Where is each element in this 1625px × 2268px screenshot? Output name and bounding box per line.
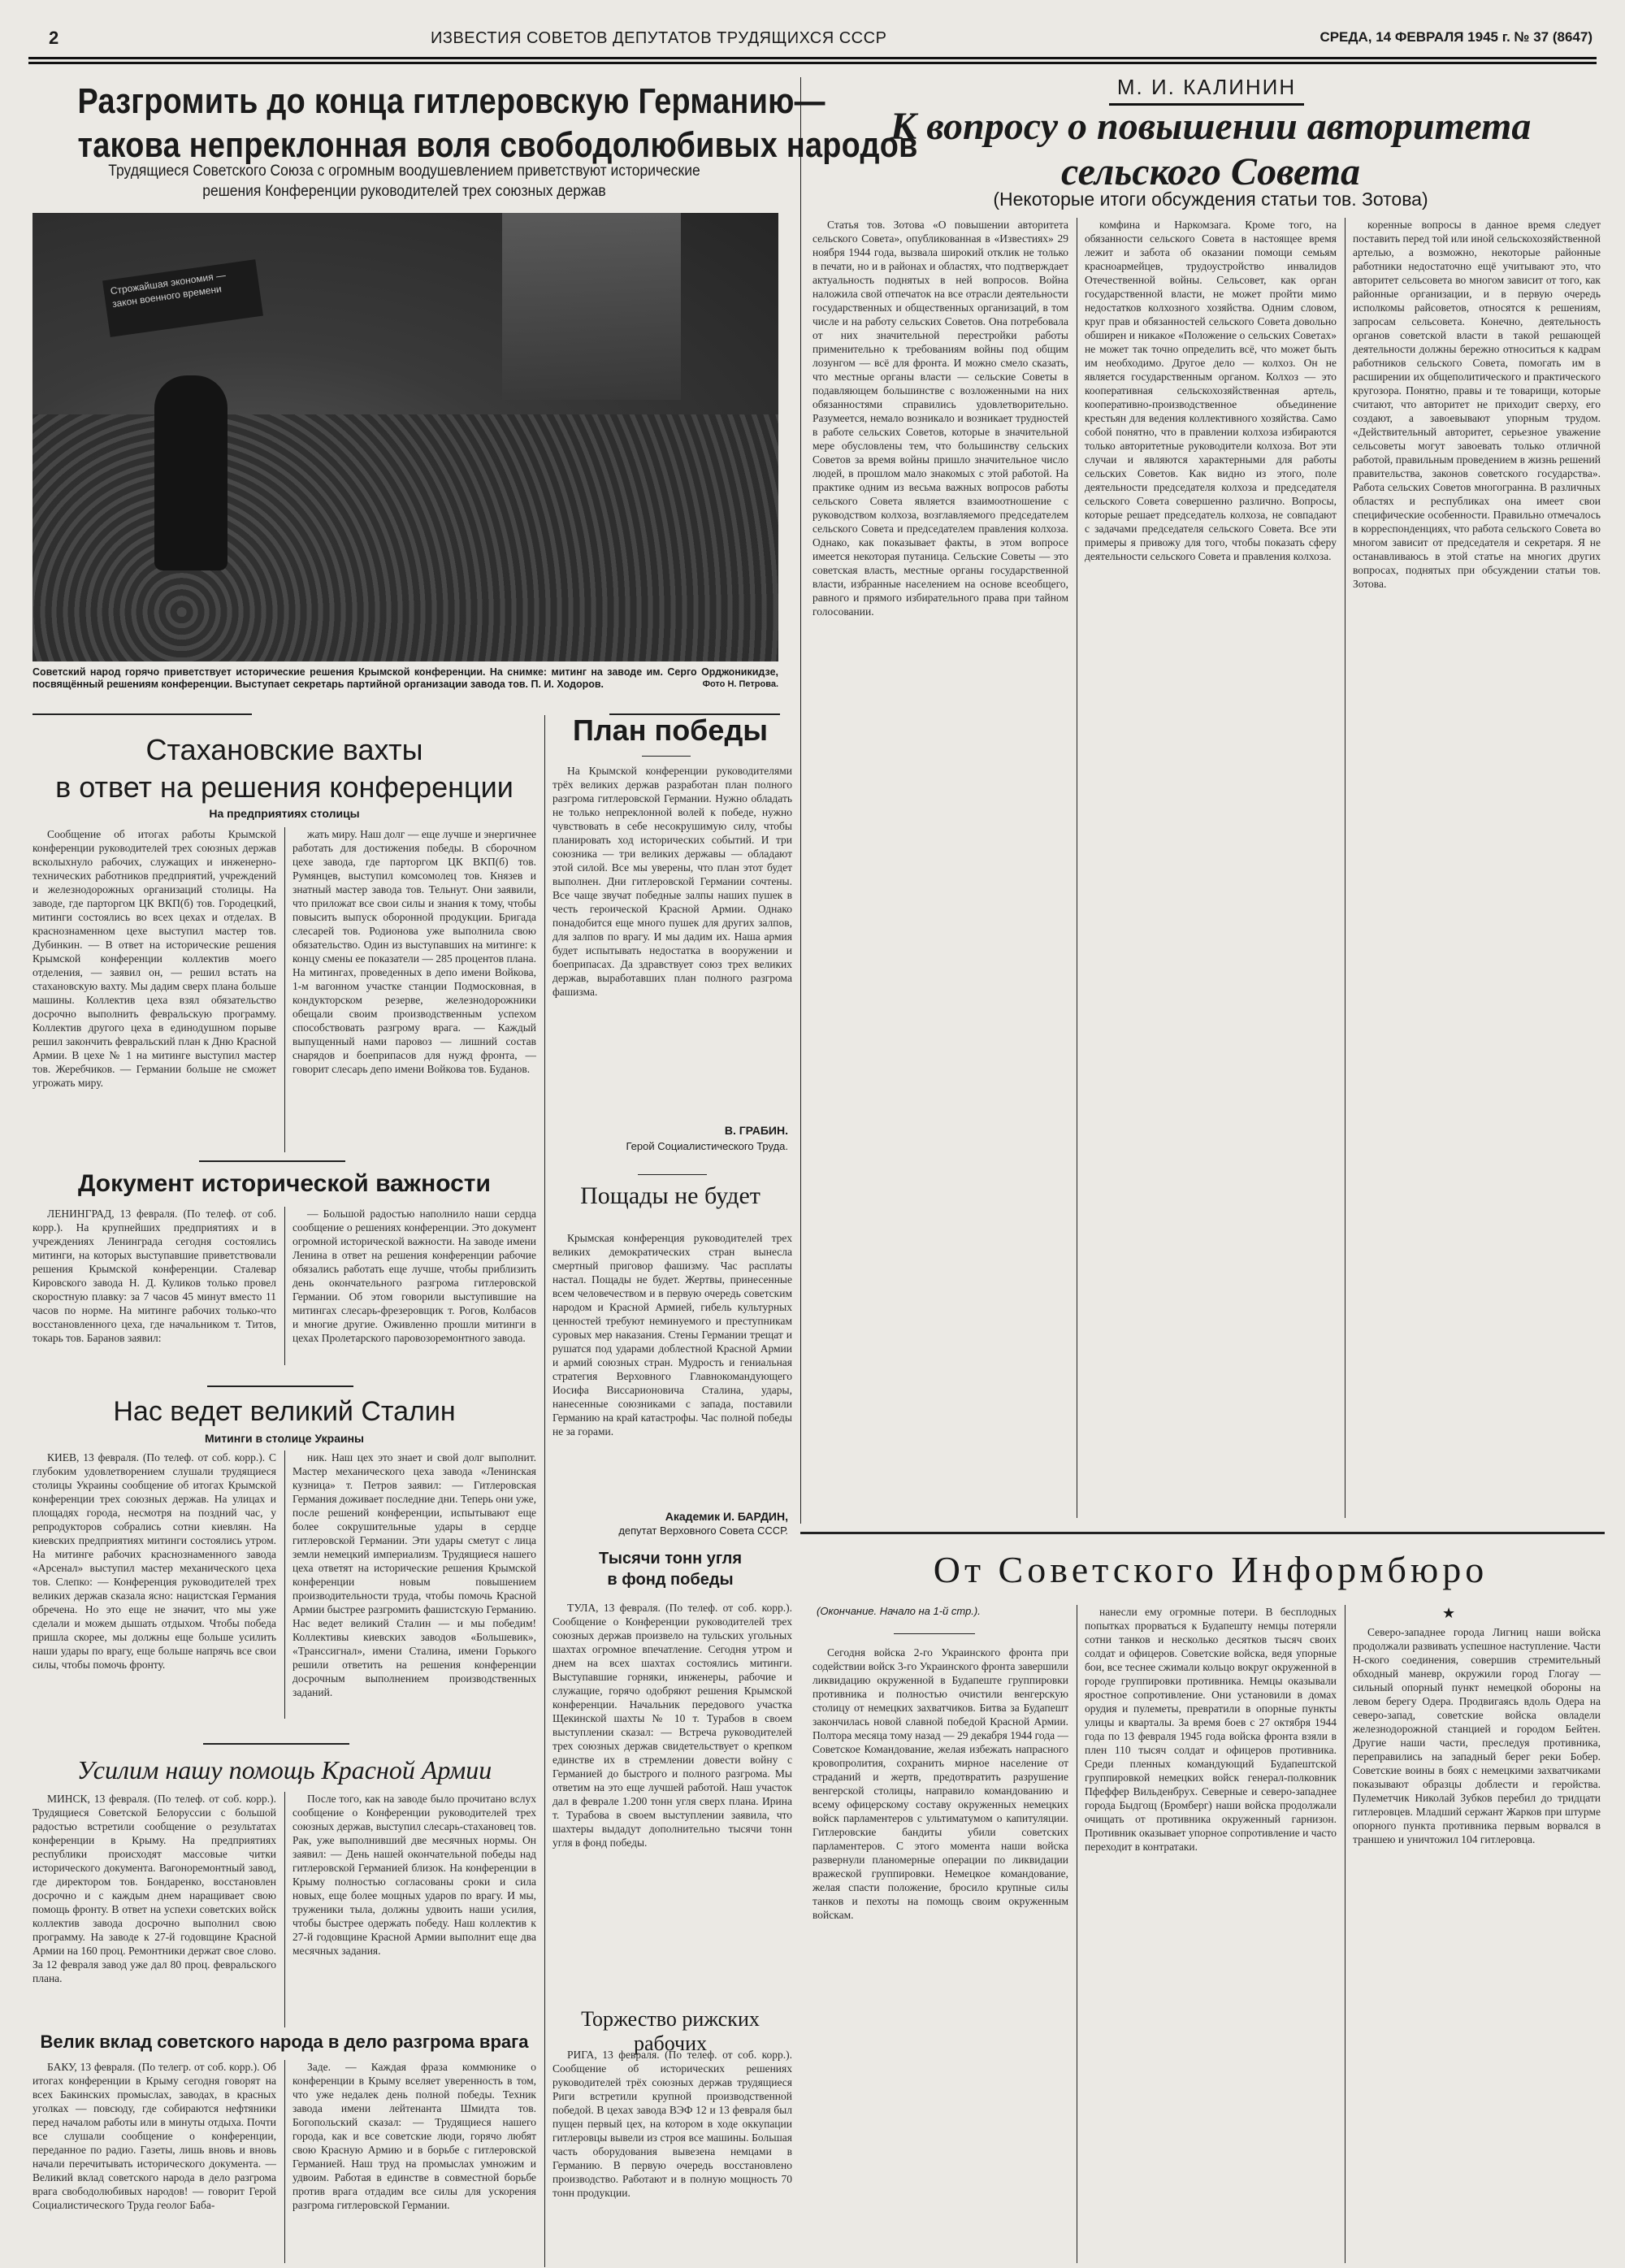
document-column-2: — Большой радостью наполнило наши сердца… xyxy=(292,1207,536,1365)
issue-date: СРЕДА, 14 ФЕВРАЛЯ 1945 г. № 37 (8647) xyxy=(1319,29,1592,46)
plan-signature-role: Герой Социалистического Труда. xyxy=(552,1140,788,1152)
baku-column-2: Заде. — Каждая фраза коммюнике о конфере… xyxy=(292,2060,536,2263)
stalin-column-2: ник. Наш цех это знает и свой долг выпол… xyxy=(292,1451,536,1719)
paper-name: ИЗВЕСТИЯ СОВЕТОВ ДЕПУТАТОВ ТРУДЯЩИХСЯ СС… xyxy=(431,29,886,48)
coal-title: Тысячи тонн угля в фонд победы xyxy=(552,1548,788,1590)
photo-caption: Советский народ горячо приветствует исто… xyxy=(32,666,778,691)
lead-subheadline: Трудящиеся Советского Союза с огромным в… xyxy=(63,161,747,202)
photo-speaker xyxy=(154,375,227,570)
page-number: 2 xyxy=(49,28,58,49)
no-mercy-body: Крымская конференция руководителей трех … xyxy=(552,1231,792,1507)
kalinin-subtitle: (Некоторые итоги обсуждения статьи тов. … xyxy=(821,189,1601,210)
masthead-rule xyxy=(28,57,1597,64)
photo-light xyxy=(502,213,681,400)
no-mercy-signature: Академик И. БАРДИН, xyxy=(552,1510,788,1523)
photo-crowd xyxy=(32,414,778,661)
stakhanov-column-2: жать миру. Наш долг — еще лучше и энерги… xyxy=(292,827,536,1152)
informburo-column-3: Северо-западнее города Лигниц наши войск… xyxy=(1353,1625,1601,2263)
divider xyxy=(32,713,252,715)
column-divider xyxy=(544,715,545,2267)
article-author: М. И. КАЛИНИН xyxy=(1109,75,1304,106)
lead-photo: Строжайшая экономия — закон военного вре… xyxy=(32,213,778,661)
continuation-note: (Окончание. Начало на 1-й стр.). xyxy=(817,1605,1068,1617)
masthead: 2 ИЗВЕСТИЯ СОВЕТОВ ДЕПУТАТОВ ТРУДЯЩИХСЯ … xyxy=(32,24,1601,57)
star-icon: ★ xyxy=(1442,1605,1455,1622)
informburo-column-1: Сегодня войска 2-го Украинского фронта п… xyxy=(812,1646,1068,2263)
plan-signature: В. ГРАБИН. xyxy=(552,1124,788,1137)
help-army-column-2: После того, как на заводе было прочитано… xyxy=(292,1792,536,2027)
document-title: Документ исторической важности xyxy=(32,1170,536,1198)
kalinin-title: К вопросу о повышении авторитета сельско… xyxy=(821,104,1601,195)
divider xyxy=(203,1743,349,1745)
plan-body: На Крымской конференции руководителями т… xyxy=(552,764,792,1121)
baku-title: Велик вклад советского народа в дело раз… xyxy=(32,2032,536,2053)
divider xyxy=(638,1174,707,1175)
stalin-title: Нас ведет великий Сталин xyxy=(32,1396,536,1428)
divider xyxy=(800,1532,1605,1534)
newspaper-page: 2 ИЗВЕСТИЯ СОВЕТОВ ДЕПУТАТОВ ТРУДЯЩИХСЯ … xyxy=(0,0,1625,2268)
document-column-1: ЛЕНИНГРАД, 13 февраля. (По телеф. от соб… xyxy=(32,1207,276,1365)
column-divider xyxy=(284,827,285,1152)
help-army-title: Усилим нашу помощь Красной Армии xyxy=(32,1755,536,1785)
kalinin-column-1: Статья тов. Зотова «О повышении авторите… xyxy=(812,218,1068,1518)
no-mercy-title: Пощады не будет xyxy=(552,1182,788,1210)
lead-headline: Разгромить до конца гитлеровскую Германи… xyxy=(24,80,784,167)
column-divider xyxy=(284,2060,285,2263)
kalinin-column-2: комфина и Наркомзага. Кроме того, на обя… xyxy=(1085,218,1337,1518)
stalin-column-1: КИЕВ, 13 февраля. (По телеф. от соб. кор… xyxy=(32,1451,276,1719)
column-divider xyxy=(1345,1605,1345,2263)
photo-credit: Фото Н. Петрова. xyxy=(703,679,778,691)
divider xyxy=(207,1386,353,1387)
divider xyxy=(642,756,691,757)
informburo-title: От Советского Информбюро xyxy=(821,1548,1601,1591)
no-mercy-signature-role: депутат Верховного Совета СССР. xyxy=(552,1524,788,1537)
plan-title: План победы xyxy=(552,713,788,748)
informburo-column-2: нанесли ему огромные потери. В бесплодны… xyxy=(1085,1605,1337,2263)
divider xyxy=(199,1160,345,1162)
column-divider xyxy=(1345,218,1345,1518)
column-divider xyxy=(1077,1605,1077,2263)
help-army-column-1: МИНСК, 13 февраля. (По телеф. от соб. ко… xyxy=(32,1792,276,2027)
column-divider xyxy=(284,1792,285,2027)
kalinin-column-3: коренные вопросы в данное время следует … xyxy=(1353,218,1601,1518)
baku-column-1: БАКУ, 13 февраля. (По телегр. от соб. ко… xyxy=(32,2060,276,2263)
photo-banner: Строжайшая экономия — закон военного вре… xyxy=(102,259,263,337)
coal-body: ТУЛА, 13 февраля. (По телеф. от соб. кор… xyxy=(552,1601,792,1967)
divider xyxy=(894,1633,975,1634)
column-divider xyxy=(800,77,801,1524)
column-divider xyxy=(284,1451,285,1719)
column-divider xyxy=(1077,218,1077,1518)
column-divider xyxy=(284,1207,285,1365)
stalin-kicker: Митинги в столице Украины xyxy=(32,1432,536,1445)
stakhanov-column-1: Сообщение об итогах работы Крымской конф… xyxy=(32,827,276,1152)
stakhanov-kicker: На предприятиях столицы xyxy=(32,807,536,820)
stakhanov-title: Стахановские вахты в ответ на решения ко… xyxy=(32,731,536,806)
riga-body: РИГА, 13 февраля. (По телеф. от соб. кор… xyxy=(552,2048,792,2263)
